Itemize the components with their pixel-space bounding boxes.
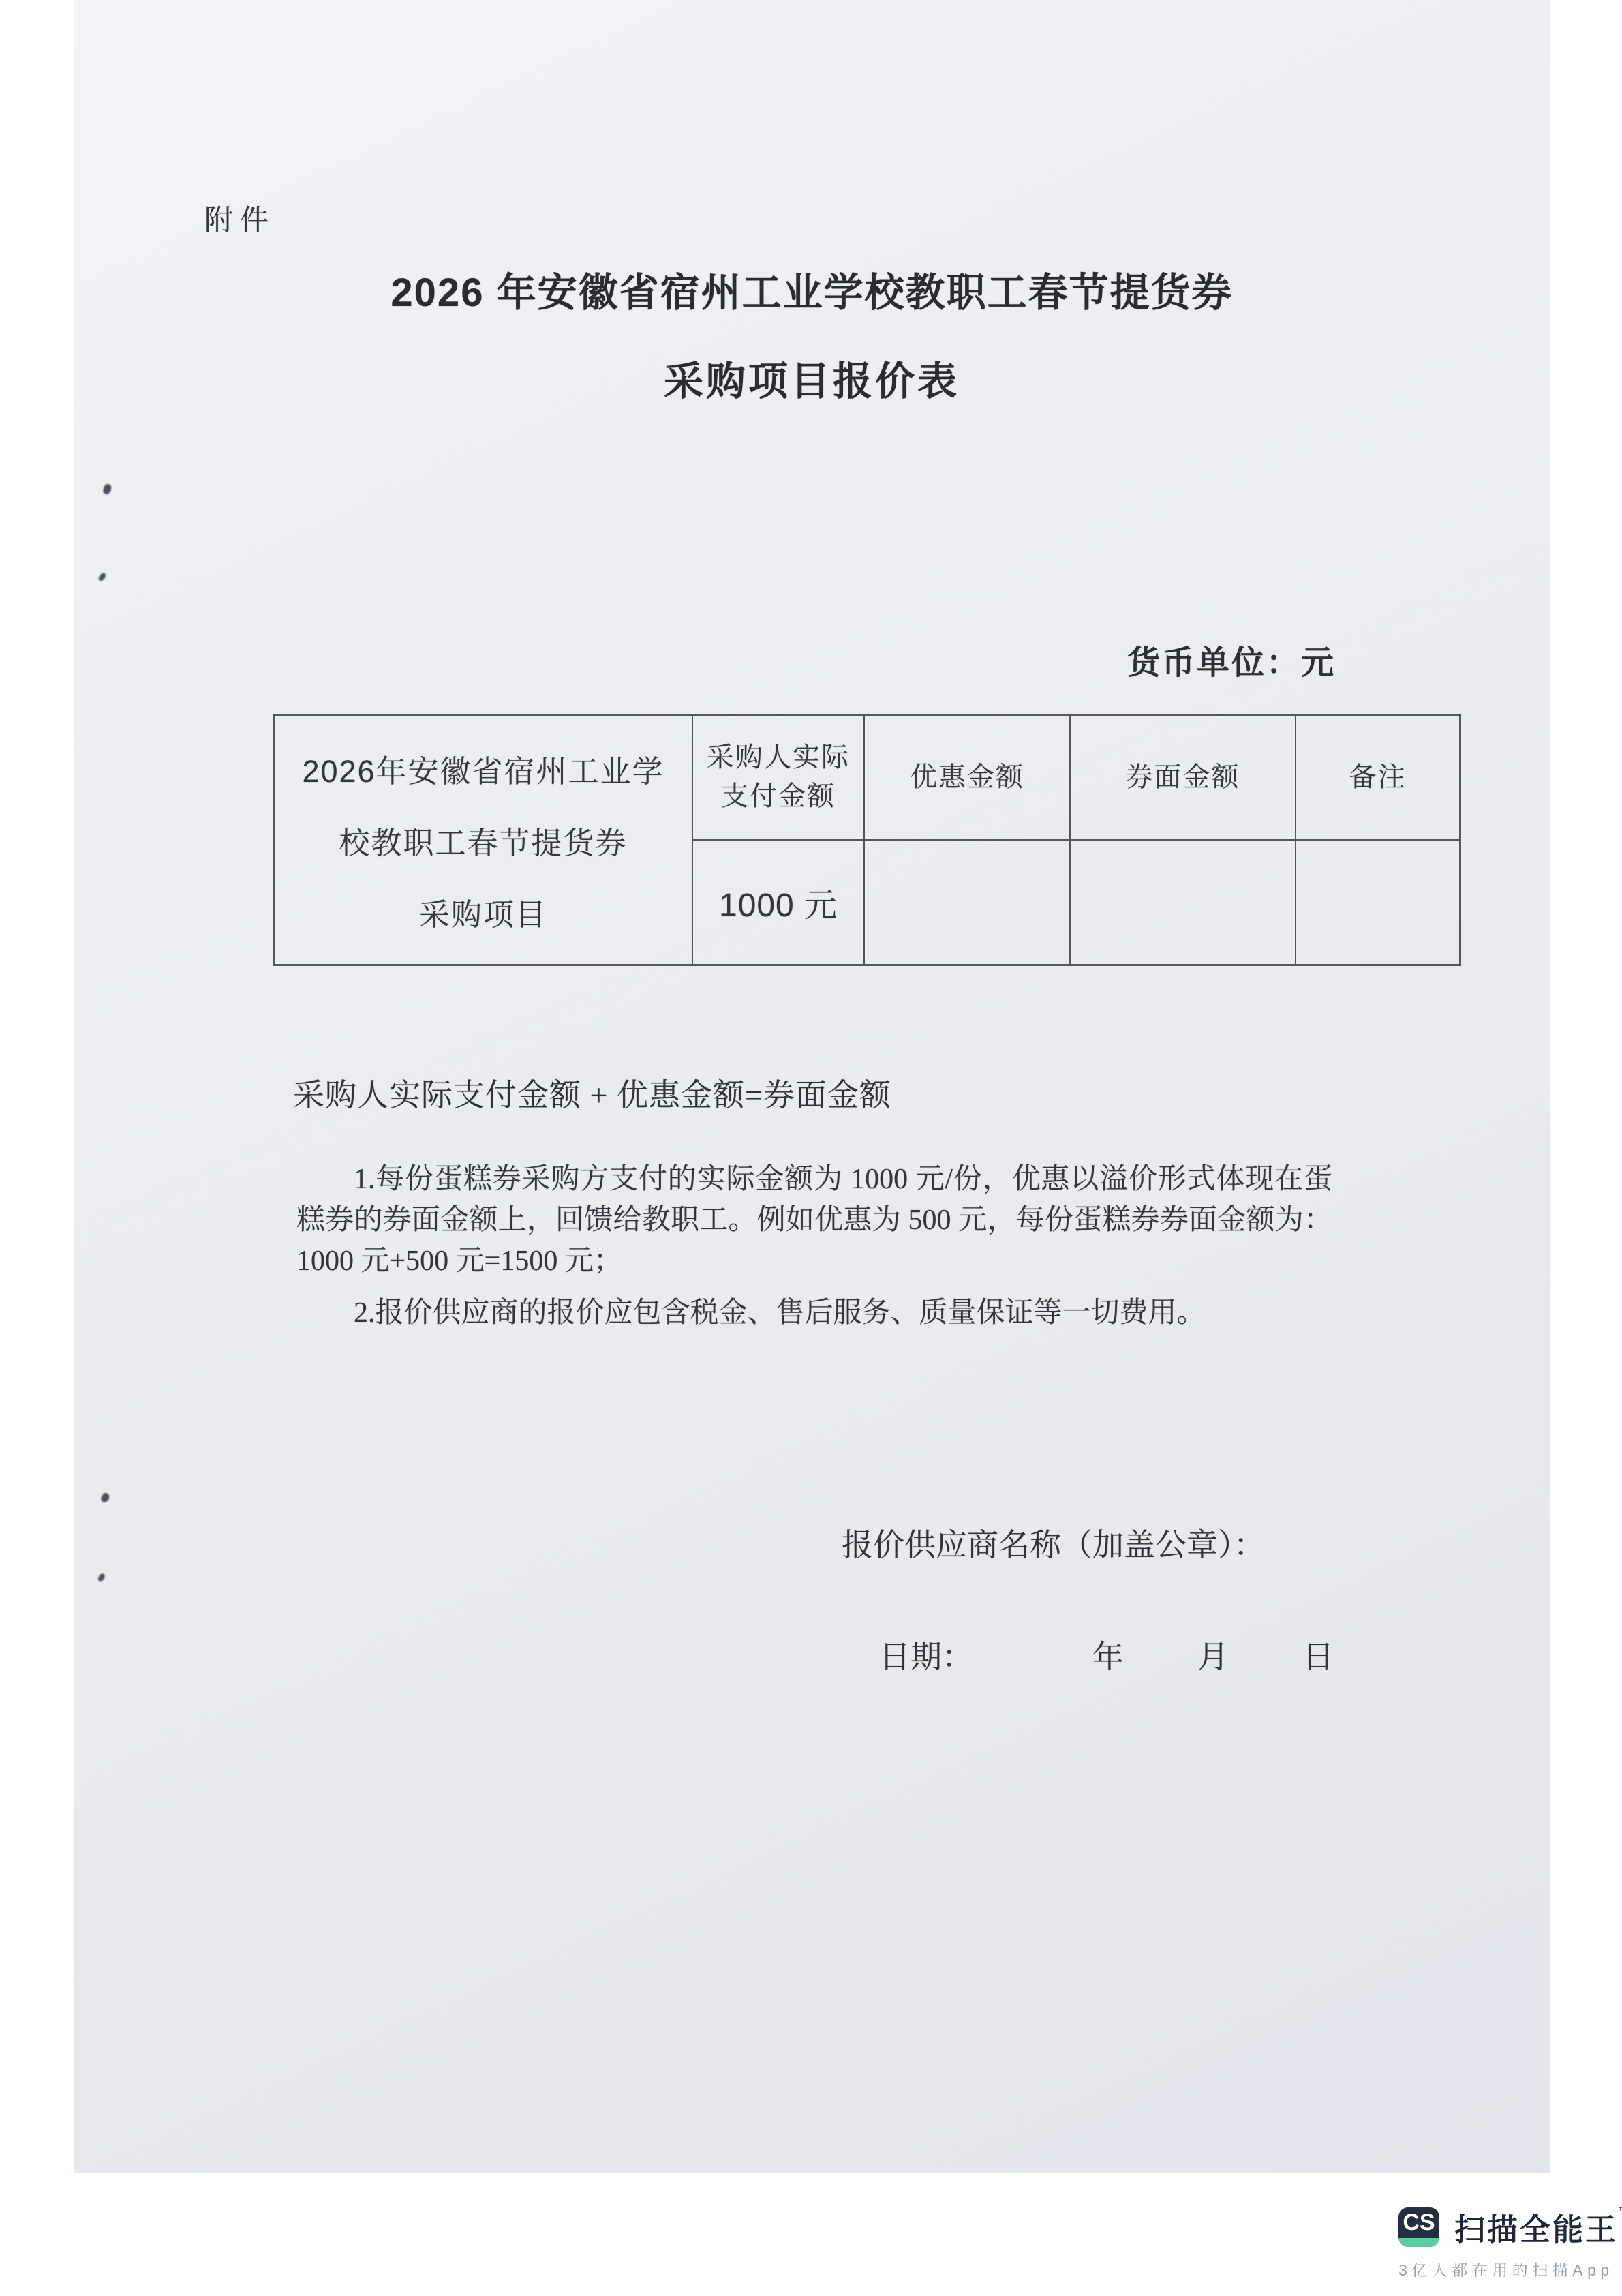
quotation-table: 2026年安徽省宿州工业学 校教职工春节提货券 采购项目 采购人实际支付金额 优… xyxy=(273,714,1461,966)
camscanner-logo-icon: CS xyxy=(1398,2207,1439,2247)
brand-text: 扫描全能王 xyxy=(1454,2212,1618,2247)
header-discount-amount: 优惠金额 xyxy=(864,715,1070,840)
notes-block: 1.每份蛋糕券采购方支付的实际金额为 1000 元/份，优惠以溢价形式体现在蛋糕… xyxy=(296,1159,1332,1333)
remark-cell xyxy=(1296,840,1460,965)
scan-page: 附件 2026 年安徽省宿州工业学校教职工春节提货券 采购项目报价表 货币单位：… xyxy=(0,0,1622,2296)
cs-logo-green-strip xyxy=(1398,2238,1439,2247)
formula-note: 采购人实际支付金额 + 优惠金额=券面金额 xyxy=(293,1070,891,1115)
document-title: 2026 年安徽省宿州工业学校教职工春节提货券 采购项目报价表 xyxy=(74,260,1550,406)
note-2: 2.报价供应商的报价应包含税金、售后服务、质量保证等一切费用。 xyxy=(296,1293,1332,1333)
scan-speck xyxy=(97,572,107,582)
paid-amount-cell: 1000 元 xyxy=(692,840,864,965)
project-name-line2: 校教职工春节提货券 xyxy=(275,818,691,862)
date-label: 日期： xyxy=(879,1640,973,1674)
title-line2: 采购项目报价表 xyxy=(74,349,1550,406)
note-1: 1.每份蛋糕券采购方支付的实际金额为 1000 元/份，优惠以溢价形式体现在蛋糕… xyxy=(296,1159,1332,1282)
header-remark: 备注 xyxy=(1296,715,1460,840)
date-month-label: 月 xyxy=(1197,1640,1229,1674)
title-line1: 2026 年安徽省宿州工业学校教职工春节提货券 xyxy=(74,260,1550,318)
date-year-label: 年 xyxy=(1092,1640,1124,1674)
camscanner-watermark: CS 扫描全能王™ 3亿人都在用的扫描App xyxy=(1398,2205,1603,2280)
attachment-label: 附件 xyxy=(204,198,275,239)
date-line: 日期：年月日 xyxy=(879,1632,1334,1677)
project-name-line3: 采购项目 xyxy=(275,890,691,934)
scan-speck xyxy=(100,1492,110,1504)
camscanner-tagline: 3亿人都在用的扫描App xyxy=(1398,2258,1603,2280)
date-day-label: 日 xyxy=(1302,1640,1334,1674)
cs-logo-text: CS xyxy=(1398,2207,1439,2238)
trademark-symbol: ™ xyxy=(1618,2205,1622,2217)
supplier-signature-label: 报价供应商名称（加盖公章）： xyxy=(842,1520,1265,1565)
scanned-document: 附件 2026 年安徽省宿州工业学校教职工春节提货券 采购项目报价表 货币单位：… xyxy=(74,0,1550,2173)
project-name-cell: 2026年安徽省宿州工业学 校教职工春节提货券 采购项目 xyxy=(274,715,693,965)
camscanner-brand-name: 扫描全能王™ xyxy=(1454,2205,1622,2249)
discount-amount-cell xyxy=(864,840,1070,965)
face-amount-cell xyxy=(1070,840,1296,965)
header-paid-amount: 采购人实际支付金额 xyxy=(692,715,864,840)
scan-speck xyxy=(97,1573,106,1582)
scan-speck xyxy=(102,483,112,495)
currency-unit-note: 货币单位：元 xyxy=(1127,636,1336,683)
header-face-amount: 券面金额 xyxy=(1070,715,1296,840)
project-name-line1: 2026年安徽省宿州工业学 xyxy=(275,746,691,791)
